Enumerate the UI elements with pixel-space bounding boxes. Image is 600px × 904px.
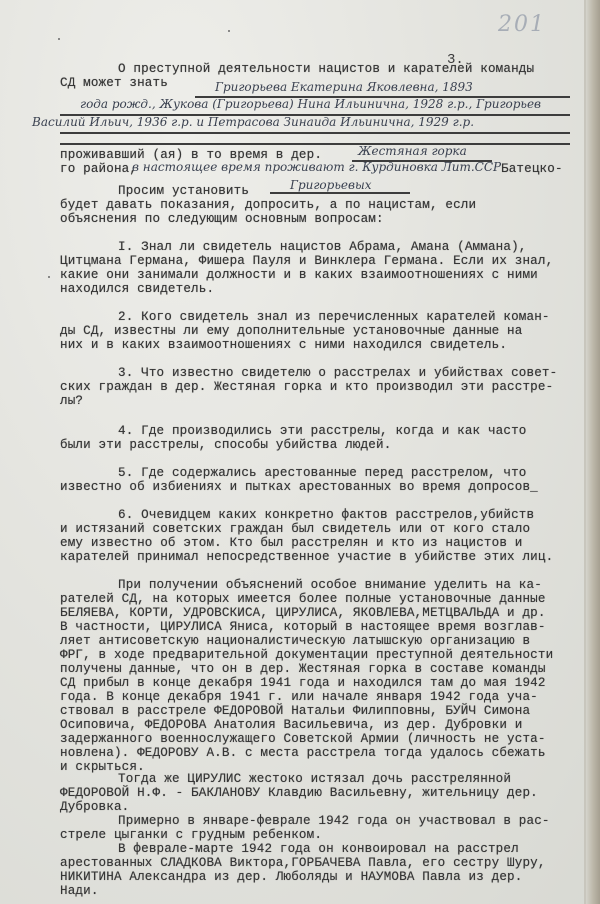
page-edge bbox=[586, 0, 600, 904]
typed-line: В частности, ЦИРУЛИСА Яниса, который в н… bbox=[60, 620, 546, 634]
typed-line: ляет антисоветскую националистическую ла… bbox=[60, 634, 530, 648]
document-page: 201 3. О преступной деятельности нацисто… bbox=[0, 0, 600, 904]
typed-line: НИКИТИНА Александра из дер. Люболяды и Н… bbox=[60, 870, 522, 884]
handwritten-entry: в настоящее время проживают г. Курдиновк… bbox=[132, 160, 501, 174]
typed-line: известно об избиениях и пытках арестован… bbox=[60, 480, 538, 494]
typed-line: При получении объяснений особое внимание… bbox=[118, 578, 542, 592]
typed-line: ствовал в расстреле ФЕДОРОВОЙ Натальи Фи… bbox=[60, 704, 530, 718]
typed-line: ских граждан в дер. Жестяная горка и кто… bbox=[60, 380, 553, 394]
page-edge-strip bbox=[584, 0, 586, 904]
typed-line: находился свидетель. bbox=[60, 282, 214, 296]
typed-line: лы? bbox=[60, 394, 83, 408]
fill-in-line bbox=[352, 160, 492, 162]
typed-line: задержанного военнослужащего Советской А… bbox=[60, 732, 546, 746]
handwritten-entry: Григорьевых bbox=[290, 178, 372, 192]
typed-line: были эти расстрелы, способы убийства люд… bbox=[60, 438, 391, 452]
typed-line: ФЕДОРОВОЙ Н.Ф. - БАКЛАНОВУ Клавдию Васил… bbox=[60, 786, 538, 800]
typed-line: года. В конце декабря 1941 г. или начале… bbox=[60, 690, 538, 704]
handwritten-entry: Жестяная горка bbox=[358, 144, 467, 158]
typed-line: 6. Очевидцем каких конкретно фактов расс… bbox=[118, 508, 534, 522]
typed-line: и истязаний советских граждан был свидет… bbox=[60, 522, 530, 536]
typed-line: СД может знать bbox=[60, 76, 168, 90]
typed-line: 3. Что известно свидетелю о расстрелах и… bbox=[118, 366, 557, 380]
speck bbox=[48, 276, 50, 278]
fill-in-line bbox=[60, 143, 570, 145]
typed-line: Дубровка. bbox=[60, 800, 129, 814]
handwritten-entry: Григорьева Екатерина Яковлевна, 1893 bbox=[215, 80, 473, 94]
typed-line: ФРГ, в ходе предварительной документации… bbox=[60, 648, 553, 662]
typed-line: го района, bbox=[60, 162, 137, 176]
typed-line: Просим установить bbox=[118, 184, 249, 198]
fill-in-line bbox=[195, 96, 570, 98]
typed-line: получены данные, что он в дер. Жестяная … bbox=[60, 662, 546, 676]
speck bbox=[58, 38, 60, 40]
typed-line: 4. Где производились эти расстрелы, когд… bbox=[118, 424, 527, 438]
typed-line: О преступной деятельности нацистов и кар… bbox=[118, 62, 534, 76]
typed-line: 5. Где содержались арестованные перед ра… bbox=[118, 466, 527, 480]
speck bbox=[228, 30, 230, 32]
typed-line: ды СД, известны ли ему дополнительные ус… bbox=[60, 324, 522, 338]
typed-line: Осиповича, ФЕДОРОВА Анатолия Васильевича… bbox=[60, 718, 522, 732]
typed-line: БЕЛЯЕВА, КОРТИ, УДРОВСКИСА, ЦИРУЛИСА, ЯК… bbox=[60, 606, 546, 620]
fill-in-line bbox=[60, 132, 570, 134]
typed-line: стреле цыганки с грудным ребенком. bbox=[60, 828, 322, 842]
typed-line: рателей СД, на которых имеется более пол… bbox=[60, 592, 546, 606]
typed-line: арестованных СЛАДКОВА Виктора,ГОРБАЧЕВА … bbox=[60, 856, 546, 870]
typed-line: СД прибыл в конце декабря 1941 года и на… bbox=[60, 676, 546, 690]
handwritten-entry: года рожд., Жукова (Григорьева) Нина Иль… bbox=[80, 97, 541, 111]
typed-line: объяснения по следующим основным вопроса… bbox=[60, 212, 384, 226]
typed-line: будет давать показания, допросить, а по … bbox=[60, 198, 476, 212]
folio-number: 201 bbox=[498, 12, 546, 37]
typed-line: Тогда же ЦИРУЛИС жестоко истязал дочь ра… bbox=[118, 772, 511, 786]
fill-in-line bbox=[270, 192, 410, 194]
typed-line: карателей принимал непосредственное учас… bbox=[60, 550, 553, 564]
typed-line: 2. Кого свидетель знал из перечисленных … bbox=[118, 310, 550, 324]
typed-line: Нади. bbox=[60, 884, 99, 898]
typed-line: Батецко- bbox=[501, 162, 563, 176]
typed-line: I. Знал ли свидетель нацистов Абрама, Ам… bbox=[118, 240, 527, 254]
typed-line: новлена). ФЕДОРОВУ А.В. с места расстрел… bbox=[60, 746, 546, 760]
typed-line: Примерно в январе-феврале 1942 года он у… bbox=[118, 814, 550, 828]
fill-in-line bbox=[60, 114, 570, 116]
typed-line: них и в каких взаимоотношениях с ними на… bbox=[60, 338, 507, 352]
handwritten-entry: Василий Ильич, 1936 г.р. и Петрасова Зин… bbox=[32, 115, 474, 129]
typed-line: ему известно об этом. Кто был расстрелян… bbox=[60, 536, 522, 550]
typed-line: В феврале-марте 1942 года он конвоировал… bbox=[118, 842, 519, 856]
typed-line: Цитцмана Германа, Фишера Пауля и Винклер… bbox=[60, 254, 553, 268]
typed-line: какие они занимали должности и в каких в… bbox=[60, 268, 538, 282]
